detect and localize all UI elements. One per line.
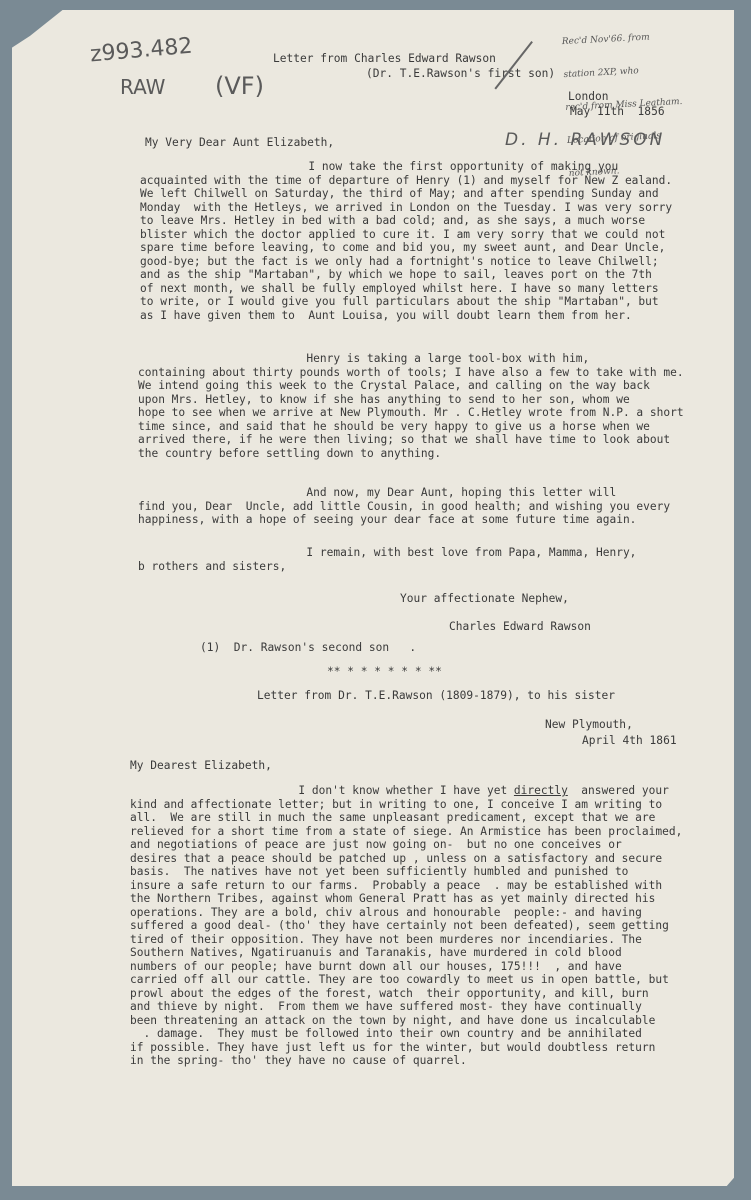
text-line: been threatening an attack on the town b… <box>130 1014 682 1028</box>
underlined-word: directly <box>514 784 568 797</box>
letter1-footnote: (1) Dr. Rawson's second son . <box>200 641 416 655</box>
text-line: hope to see when we arrive at New Plymou… <box>138 406 684 420</box>
text-line: arrived there, if he were then living; s… <box>138 433 684 447</box>
text-line: carried off all our cattle. They are too… <box>130 973 682 987</box>
text-line: if possible. They have just left us for … <box>130 1041 682 1055</box>
letter1-paragraph: Henry is taking a large tool-box with hi… <box>138 352 684 460</box>
separator: ** * * * * * * ** <box>327 665 442 679</box>
text-line: to leave Mrs. Hetley in bed with a bad c… <box>140 214 672 228</box>
letter1-salutation: My Very Dear Aunt Elizabeth, <box>145 136 334 150</box>
text-line: good-bye; but the fact is we only had a … <box>140 255 672 269</box>
letter2-heading: Letter from Dr. T.E.Rawson (1809-1879), … <box>257 689 615 703</box>
letter1-signature: Charles Edward Rawson <box>449 620 591 634</box>
text-line: upon Mrs. Hetley, to know if she has any… <box>138 393 684 407</box>
text-line: I don't know whether I have yet directly… <box>130 784 682 798</box>
text-line: time since, and said that he should be v… <box>138 420 684 434</box>
letter2-date: April 4th 1861 <box>582 734 677 748</box>
text-line: as I have given them to Aunt Louisa, you… <box>140 309 672 323</box>
text-line: find you, Dear Uncle, add little Cousin,… <box>138 500 670 514</box>
letter1-closing: Your affectionate Nephew, <box>400 592 569 606</box>
text-line: spare time before leaving, to come and b… <box>140 241 672 255</box>
letter1-heading-line1: Letter from Charles Edward Rawson <box>273 52 496 66</box>
letter1-paragraph: I remain, with best love from Papa, Mamm… <box>138 546 636 573</box>
text-line: basis. The natives have not yet been suf… <box>130 865 682 879</box>
text-line: Henry is taking a large tool-box with hi… <box>138 352 684 366</box>
text-line: We intend going this week to the Crystal… <box>138 379 684 393</box>
letter1-date: May 11th 1856 <box>570 105 665 119</box>
text-line: to write, or I would give you full parti… <box>140 295 672 309</box>
text-line: relieved for a short time from a state o… <box>130 825 682 839</box>
letter1-paragraph: I now take the first opportunity of maki… <box>140 160 672 322</box>
text-line: numbers of our people; have burnt down a… <box>130 960 682 974</box>
text-line: and negotiations of peace are just now g… <box>130 838 682 852</box>
text-line: operations. They are a bold, chiv alrous… <box>130 906 682 920</box>
text-line: b rothers and sisters, <box>138 560 636 574</box>
text-line: We left Chilwell on Saturday, the third … <box>140 187 672 201</box>
text-line: tired of their opposition. They have not… <box>130 933 682 947</box>
text-line: . damage. They must be followed into the… <box>130 1027 682 1041</box>
text-line: I now take the first opportunity of maki… <box>140 160 672 174</box>
catalogue-code: RAW <box>120 75 165 99</box>
text-line: blister which the doctor applied to cure… <box>140 228 672 242</box>
text-line: happiness, with a hope of seeing your de… <box>138 513 670 527</box>
text-line: and as the ship "Martaban", by which we … <box>140 268 672 282</box>
text-line: containing about thirty pounds worth of … <box>138 366 684 380</box>
text-line: Monday with the Hetleys, we arrived in L… <box>140 201 672 215</box>
letter2-salutation: My Dearest Elizabeth, <box>130 759 272 773</box>
text-line: the Northern Tribes, against whom Genera… <box>130 892 682 906</box>
text-line: I remain, with best love from Papa, Mamm… <box>138 546 636 560</box>
letter1-place: London <box>568 90 609 104</box>
text-line: of next month, we shall be fully employe… <box>140 282 672 296</box>
text-line: kind and affectionate letter; but in wri… <box>130 798 682 812</box>
handwritten-name: D. H. RAWSON <box>505 130 665 150</box>
text-line: suffered a good deal- (tho' they have ce… <box>130 919 682 933</box>
text-line: And now, my Dear Aunt, hoping this lette… <box>138 486 670 500</box>
archival-note-line: station 2XP, who <box>563 64 681 81</box>
letter2-body: I don't know whether I have yet directly… <box>130 784 682 1068</box>
text-line: Southern Natives, Ngatiruanuis and Taran… <box>130 946 682 960</box>
text-line: the country before settling down to anyt… <box>138 447 684 461</box>
text-line: and thieve by night. From them we have s… <box>130 1000 682 1014</box>
text-line: prowl about the edges of the forest, wat… <box>130 987 682 1001</box>
text-line: all. We are still in much the same unple… <box>130 811 682 825</box>
text-line: acquainted with the time of departure of… <box>140 174 672 188</box>
letter1-paragraph: And now, my Dear Aunt, hoping this lette… <box>138 486 670 527</box>
letter1-heading-line2: (Dr. T.E.Rawson's first son) <box>366 67 555 81</box>
text-line: insure a safe return to our farms. Proba… <box>130 879 682 893</box>
text-line: in the spring- tho' they have no cause o… <box>130 1054 682 1068</box>
catalogue-marker: (VF) <box>215 72 264 100</box>
text-line: desires that a peace should be patched u… <box>130 852 682 866</box>
archival-note-line: Rec'd Nov'66. from <box>562 31 680 48</box>
letter2-place: New Plymouth, <box>545 718 633 732</box>
